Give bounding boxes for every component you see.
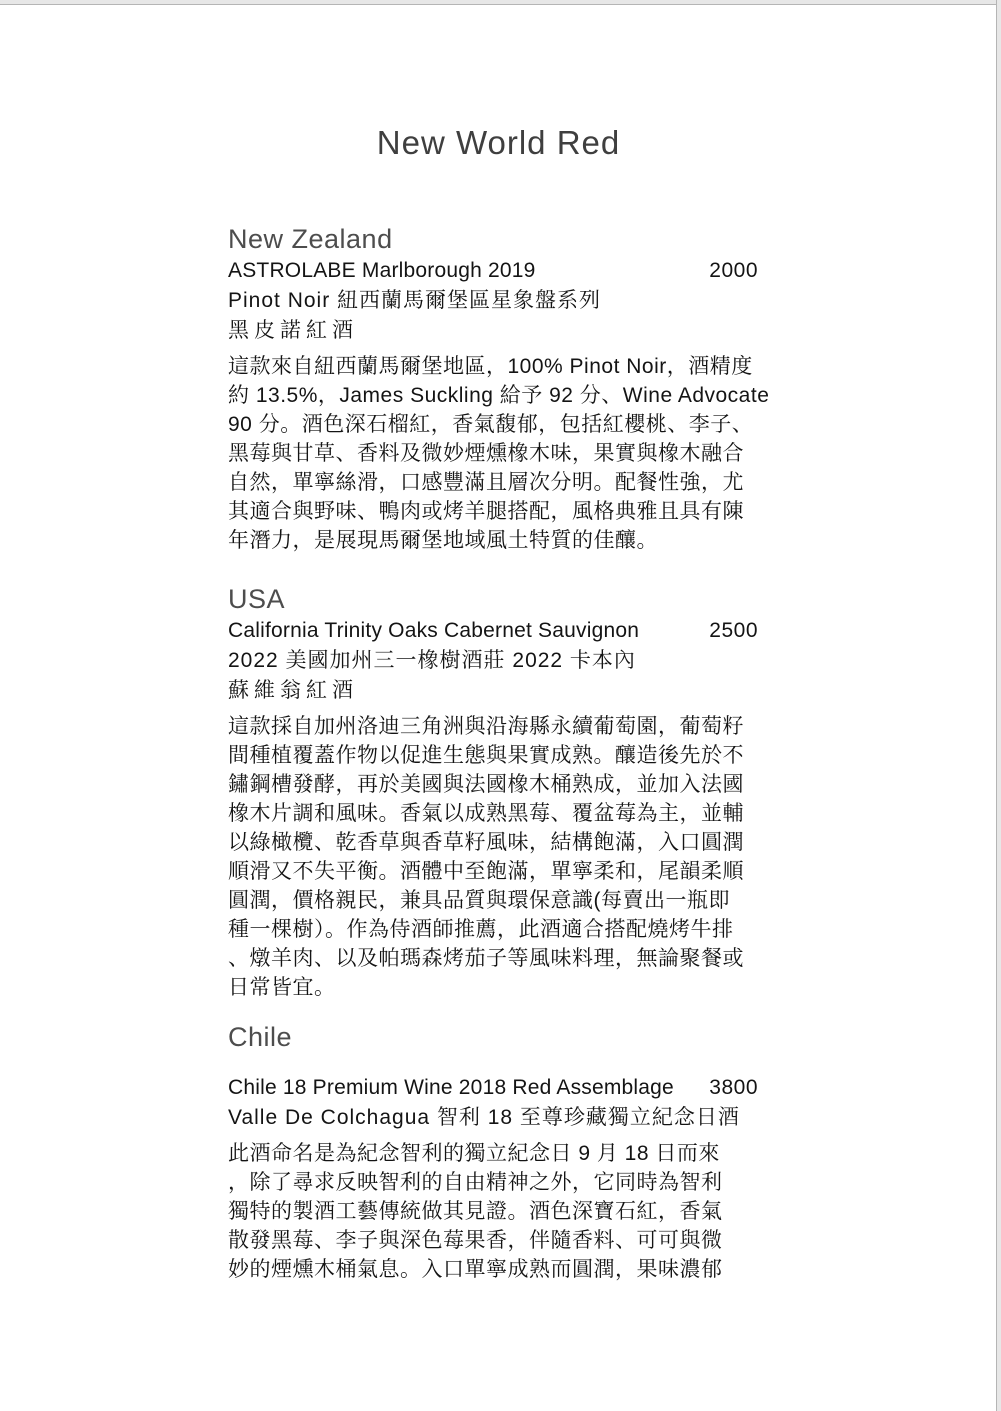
description-line: 、燉羊肉、以及帕瑪森烤茄子等風味料理，無論聚餐或: [228, 944, 758, 973]
section-new-zealand: New Zealand ASTROLABE Marlborough 2019 2…: [228, 222, 758, 555]
wine-name: California Trinity Oaks Cabernet Sauvign…: [228, 616, 639, 646]
wine-row: Chile 18 Premium Wine 2018 Red Assemblag…: [228, 1073, 758, 1103]
wine-description: 這款來自紐西蘭馬爾堡地區，100% Pinot Noir，酒精度 約 13.5%…: [228, 352, 758, 555]
description-line: 圓潤，價格親民，兼具品質與環保意識(每賣出一瓶即: [228, 886, 758, 915]
description-line: 日常皆宜。: [228, 973, 758, 1002]
wine-subtitle-line: 蘇維翁紅酒: [228, 676, 758, 706]
section-header: Chile: [228, 1020, 758, 1054]
page-top-edge: [0, 0, 1001, 5]
wine-subtitle-line: Valle De Colchagua 智利 18 至尊珍藏獨立紀念日酒: [228, 1103, 758, 1133]
description-line: 年潛力，是展現馬爾堡地域風土特質的佳釀。: [228, 526, 758, 555]
section-usa: USA California Trinity Oaks Cabernet Sau…: [228, 582, 758, 1002]
section-header: New Zealand: [228, 222, 758, 256]
wine-price: 2000: [709, 256, 758, 286]
description-line: 橡木片調和風味。香氣以成熟黑莓、覆盆莓為主，並輔: [228, 799, 758, 828]
wine-subtitle-line: 黑皮諾紅酒: [228, 316, 758, 346]
description-line: 這款採自加州洛迪三角洲與沿海縣永續葡萄園，葡萄籽: [228, 712, 758, 741]
wine-row: California Trinity Oaks Cabernet Sauvign…: [228, 616, 758, 646]
wine-price: 3800: [709, 1073, 758, 1103]
page-title: New World Red: [0, 124, 997, 162]
description-line: 妙的煙燻木桶氣息。入口單寧成熟而圓潤，果味濃郁: [228, 1255, 758, 1284]
description-line: 約 13.5%，James Suckling 給予 92 分、Wine Advo…: [228, 381, 758, 410]
description-line: 散發黑莓、李子與深色莓果香，伴隨香料、可可與微: [228, 1226, 758, 1255]
description-line: 其適合與野味、鴨肉或烤羊腿搭配，風格典雅且具有陳: [228, 497, 758, 526]
description-line: 種一棵樹）。作為侍酒師推薦，此酒適合搭配燒烤牛排: [228, 915, 758, 944]
wine-price: 2500: [709, 616, 758, 646]
description-line: 獨特的製酒工藝傳統做其見證。酒色深寶石紅，香氣: [228, 1197, 758, 1226]
description-line: 以綠橄欖、乾香草與香草籽風味，結構飽滿，入口圓潤: [228, 828, 758, 857]
wine-row: ASTROLABE Marlborough 2019 2000: [228, 256, 758, 286]
wine-subtitle-line: 2022 美國加州三一橡樹酒莊 2022 卡本內: [228, 646, 758, 676]
description-line: 順滑又不失平衡。酒體中至飽滿，單寧柔和，尾韻柔順: [228, 857, 758, 886]
wine-subtitle-line: Pinot Noir 紐西蘭馬爾堡區星象盤系列: [228, 286, 758, 316]
description-line: 黑莓與甘草、香料及微妙煙燻橡木味，果實與橡木融合: [228, 439, 758, 468]
section-header: USA: [228, 582, 758, 616]
wine-description: 這款採自加州洛迪三角洲與沿海縣永續葡萄園，葡萄籽 間種植覆蓋作物以促進生態與果實…: [228, 712, 758, 1002]
description-line: 間種植覆蓋作物以促進生態與果實成熟。釀造後先於不: [228, 741, 758, 770]
wine-name: ASTROLABE Marlborough 2019: [228, 256, 536, 286]
page-right-edge: [996, 0, 1001, 1411]
section-chile: Chile Chile 18 Premium Wine 2018 Red Ass…: [228, 1020, 758, 1284]
wine-name: Chile 18 Premium Wine 2018 Red Assemblag…: [228, 1073, 674, 1103]
wine-description: 此酒命名是為紀念智利的獨立紀念日 9 月 18 日而來 ，除了尋求反映智利的自由…: [228, 1139, 758, 1284]
description-line: 此酒命名是為紀念智利的獨立紀念日 9 月 18 日而來: [228, 1139, 758, 1168]
description-line: 90 分。酒色深石榴紅，香氣馥郁，包括紅櫻桃、李子、: [228, 410, 758, 439]
description-line: 鏽鋼槽發酵，再於美國與法國橡木桶熟成，並加入法國: [228, 770, 758, 799]
description-line: ，除了尋求反映智利的自由精神之外，它同時為智利: [228, 1168, 758, 1197]
description-line: 這款來自紐西蘭馬爾堡地區，100% Pinot Noir，酒精度: [228, 352, 758, 381]
description-line: 自然，單寧絲滑，口感豐滿且層次分明。配餐性強，尤: [228, 468, 758, 497]
document-page: New World Red New Zealand ASTROLABE Marl…: [0, 0, 1001, 1411]
